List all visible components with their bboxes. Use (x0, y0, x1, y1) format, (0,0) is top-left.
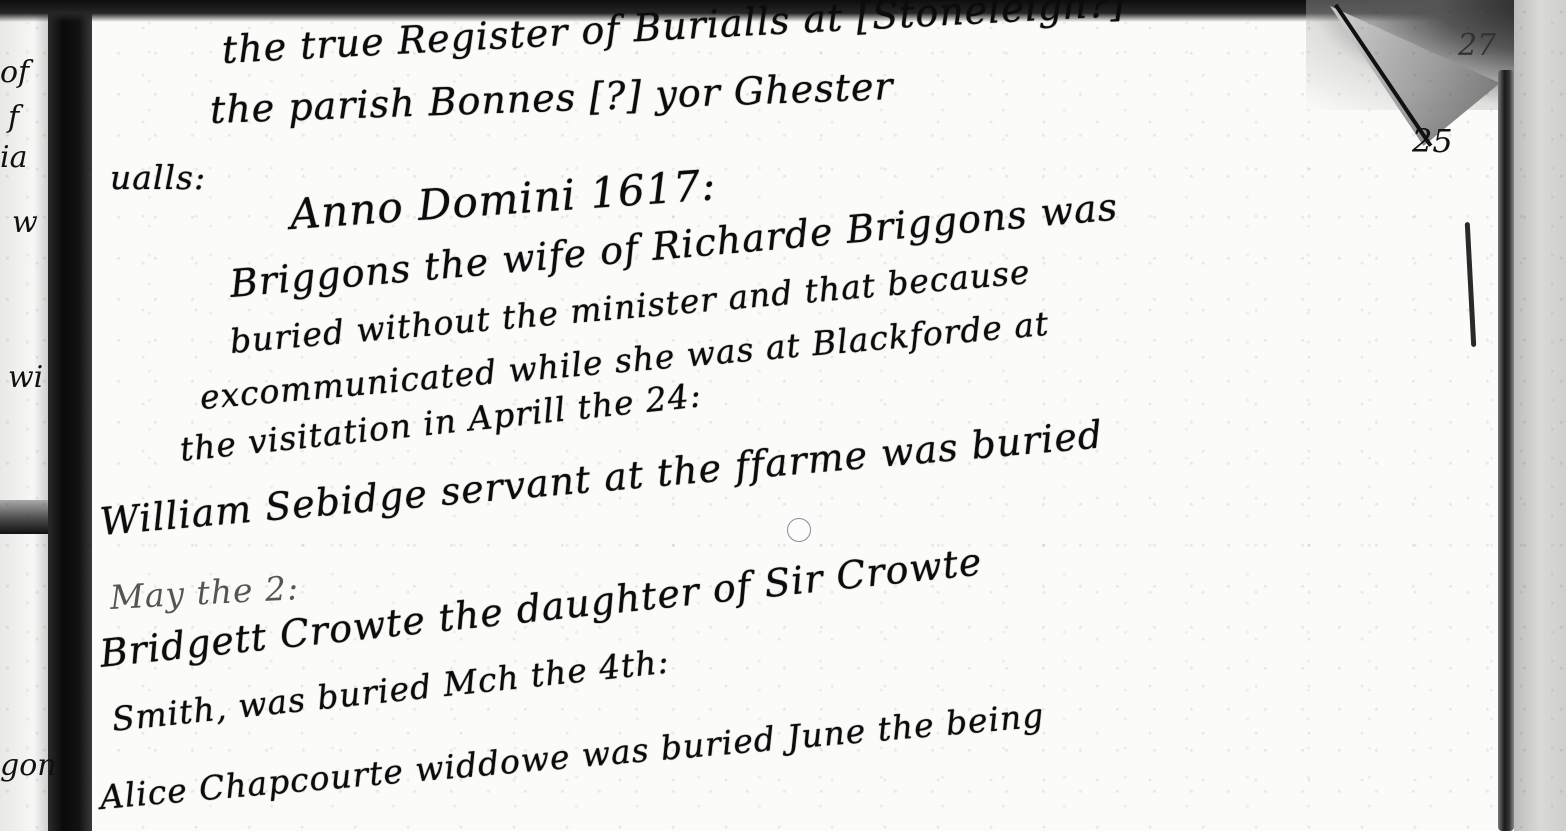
entry-2-line-2: May the 2: (109, 568, 300, 617)
folio-number-corner: 25 (1412, 122, 1453, 160)
margin-fragment: w (12, 205, 38, 240)
right-page-edge (1498, 70, 1514, 831)
right-margin (1514, 0, 1566, 831)
margin-mark (1465, 222, 1477, 347)
margin-fragment: wi (8, 360, 43, 395)
margin-fragment: ia (0, 140, 27, 175)
scanned-manuscript-page: 27 25 of f ia w wi gon the true Register… (0, 0, 1566, 831)
register-title-line-2: the parish Bonnes [?] yor Ghester (209, 64, 894, 132)
register-title-line-3: ualls: (110, 158, 206, 197)
mouse-cursor-indicator (787, 518, 811, 542)
book-binding-gutter (48, 0, 92, 831)
margin-fragment: f (8, 100, 19, 135)
folio-number-top: 27 (1458, 28, 1496, 63)
facing-page-shadow (0, 500, 48, 534)
margin-fragment: gon (0, 748, 57, 783)
margin-fragment: of (0, 55, 29, 90)
